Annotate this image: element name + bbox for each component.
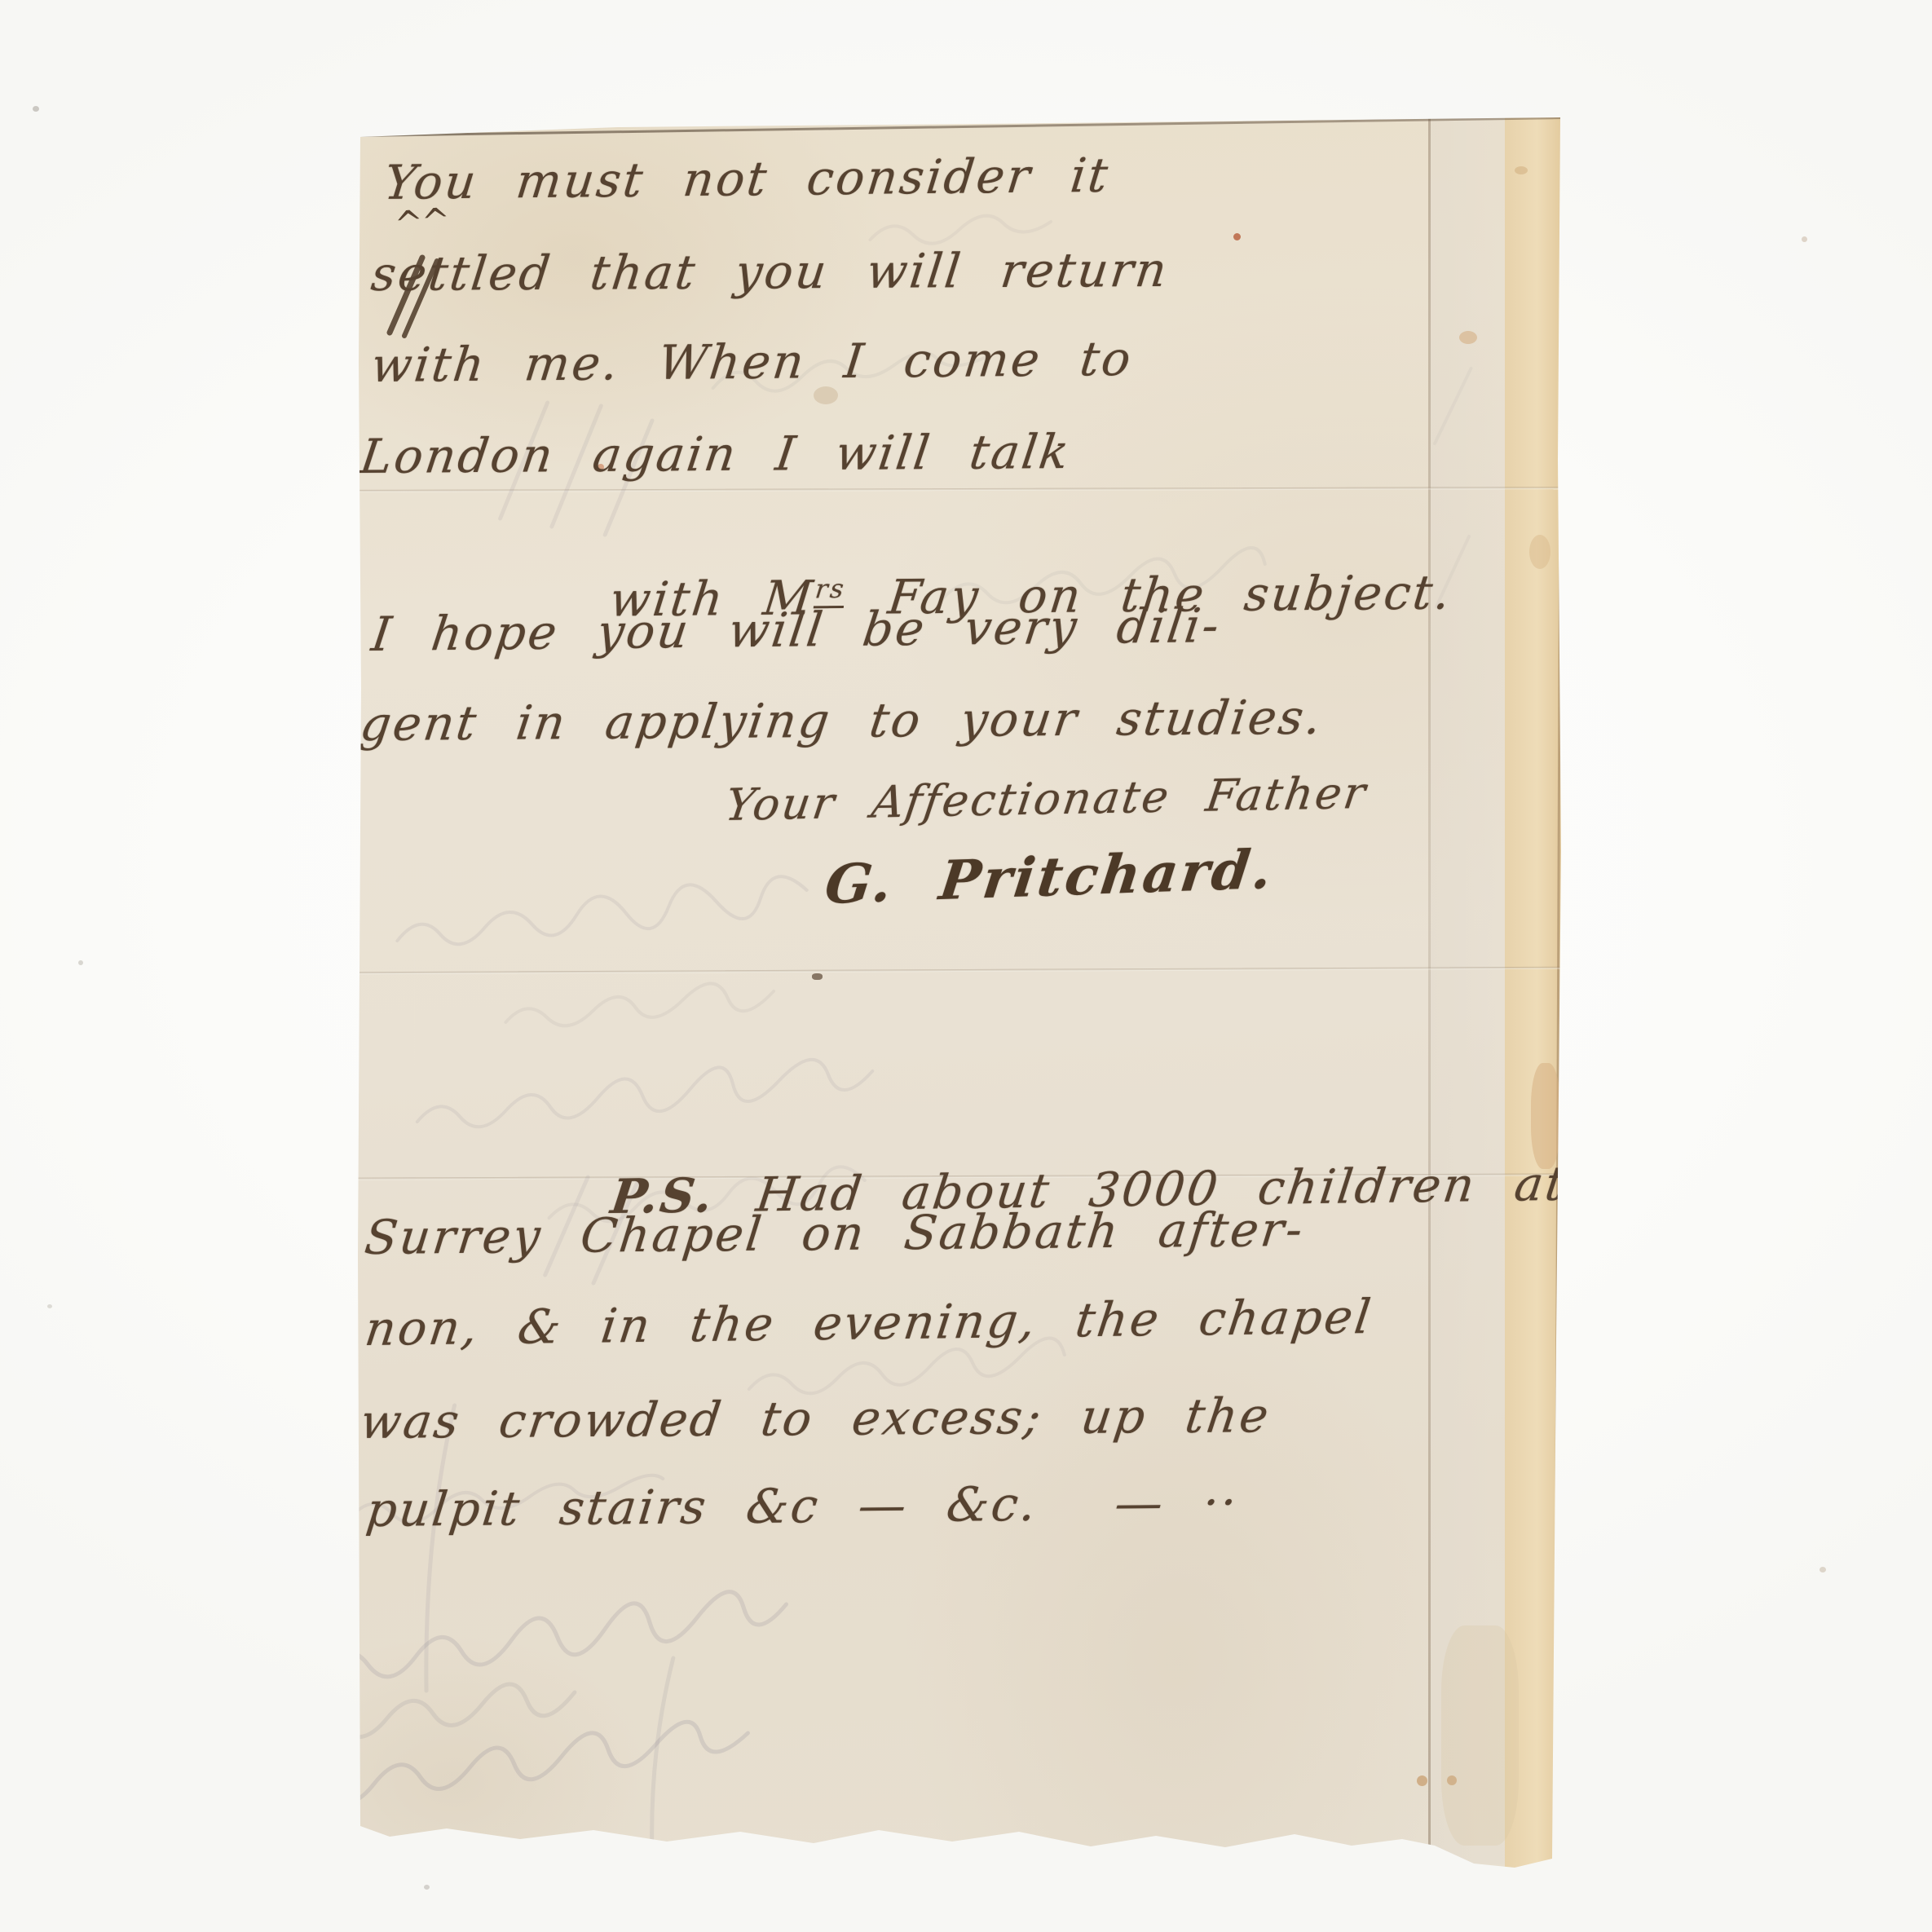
scan-speck [33,106,39,112]
letter-line-6: I hope you will be very dili- [368,598,1224,662]
letter-line-4: London again I will talk [357,424,1074,484]
letter-line-2: settled that you will return [368,242,1171,302]
scan-speck [47,1304,52,1308]
postscript-line-4: was crowded to excess; up the [357,1387,1274,1449]
scan-speck [424,1885,430,1890]
scan-speck [1820,1567,1826,1573]
insertion-caret-mark: ^^ [393,200,450,245]
postscript-line-5: pulpit stairs &c — &c. — ·· [364,1475,1242,1537]
letter-line-3: with me. When I come to [368,331,1136,393]
scanned-letter-image: You must not consider it ^^ settled that… [0,0,1932,1932]
scan-speck [78,960,83,965]
letter-line-1: You must not consider it [382,148,1113,210]
letter-line-7: gent in applying to your studies. [357,690,1326,752]
scan-speck [1802,236,1807,242]
postscript-line-2: Surrey Chapel on Sabbath after- [362,1202,1308,1265]
letter-paper: You must not consider it ^^ settled that… [357,117,1564,1870]
